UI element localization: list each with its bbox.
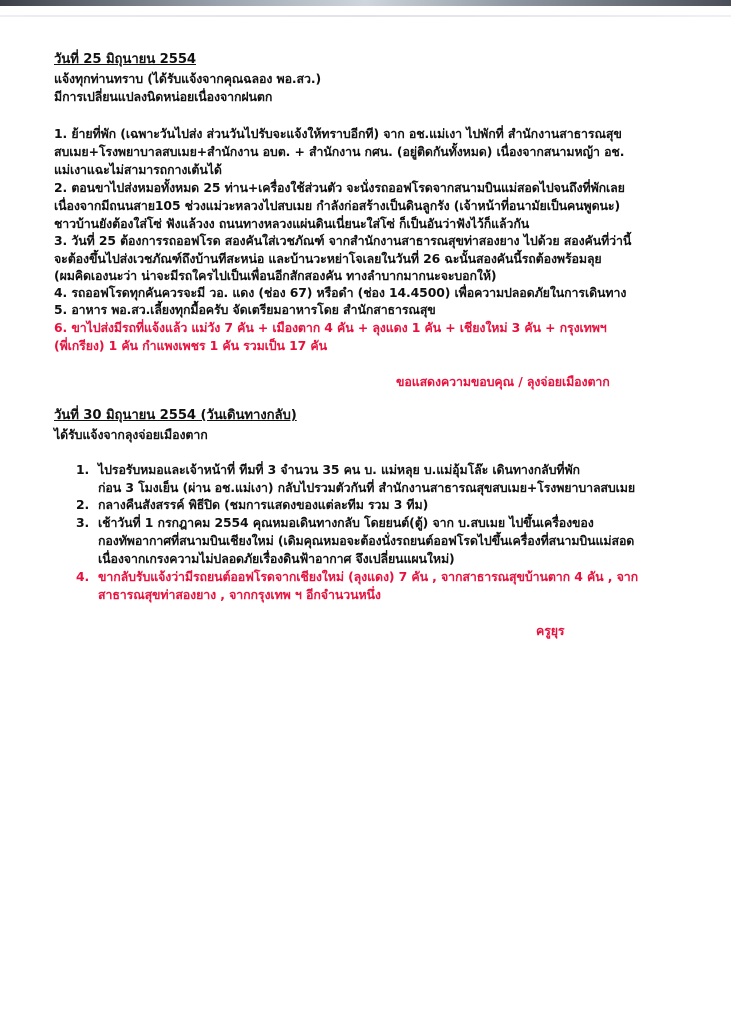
section2-item-4-line-2: สาธารณสุขท่าสองยาง , จากกรุงเทพ ฯ อีกจำน… [98,587,381,603]
section2-item-3-line-1: 3.เช้าวันที่ 1 กรกฎาคม 2554 คุณหมอเดินทา… [76,515,594,531]
section1-item-5: 5. อาหาร พอ.สว.เลี้ยงทุกมื้อครับ จัดเตรี… [54,302,436,318]
section1-item-3-line-3: (ผมคิดเองนะว่า น่าจะมีรถใครไปเป็นเพื่อนอ… [54,268,497,284]
section1-intro-1: แจ้งทุกท่านทราบ (ได้รับแจ้งจากคุณฉลอง พอ… [54,71,321,87]
item-text: กลางคืนสังสรรค์ พิธีปิด (ชมการแสดงของแต่… [98,497,428,512]
item-text: เช้าวันที่ 1 กรกฎาคม 2554 คุณหมอเดินทางก… [98,515,594,530]
item-text: ขากลับรับแจ้งว่ามีรถยนต์ออฟโรดจากเชียงให… [98,569,638,584]
section2-intro: ได้รับแจ้งจากลุงจ่อยเมืองตาก [54,427,208,443]
section1-item-6-line-1: 6. ขาไปส่งมีรถที่แจ้งแล้ว แม่วัง 7 คัน +… [54,320,607,336]
section2-signature: ครูยุร [536,623,564,639]
section2-item-1-line-2: ก่อน 3 โมงเย็น (ผ่าน อช.แม่เงา) กลับไปรว… [98,480,635,496]
section1-item-2-line-3: ชาวบ้านยังต้องใส่โซ่ ฟังแล้วงง ถนนทางหลว… [54,216,529,232]
section1-item-1-line-3: แม่เงาแฉะไม่สามารถกางเต้นได้ [54,162,222,178]
document-page: วันที่ 25 มิถุนายน 2554 แจ้งทุกท่านทราบ … [0,0,731,1024]
section1-signature: ขอแสดงความขอบคุณ / ลุงจ่อยเมืองตาก [396,374,610,390]
section2-heading: วันที่ 30 มิถุนายน 2554 (วันเดินทางกลับ) [54,408,297,424]
section1-item-2-line-2: เนื่องจากมีถนนสาย105 ช่วงแม่วะหลวงไปสบเม… [54,198,620,214]
section1-item-6-line-2: (พี่เกรียง) 1 คัน กำแพงเพชร 1 คัน รวมเป็… [54,338,327,354]
section1-heading: วันที่ 25 มิถุนายน 2554 [54,52,196,68]
item-number: 1. [76,462,98,478]
section1-item-1-line-2: สบเมย+โรงพยาบาลสบเมย+สำนักงาน อบต. + สำน… [54,144,624,160]
item-number: 2. [76,497,98,513]
item-number: 4. [76,569,98,585]
section1-intro-2: มีการเปลี่ยนแปลงนิดหน่อยเนื่องจากฝนตก [54,89,272,105]
section2-item-1-line-1: 1.ไปรอรับหมอและเจ้าหน้าที่ ทีมที่ 3 จำนว… [76,462,580,478]
section1-item-2-line-1: 2. ตอนขาไปส่งหมอทั้งหมด 25 ท่าน+เครื่องใ… [54,180,625,196]
section2-item-3-line-3: เนื่องจากเกรงความไม่ปลอดภัยเรื่องดินฟ้าอ… [98,551,455,567]
section1-item-3-line-2: จะต้องขึ้นไปส่งเวชภัณฑ์ถึงบ้านทีสะหน่อ แ… [54,251,602,267]
section2-item-4-line-1: 4.ขากลับรับแจ้งว่ามีรถยนต์ออฟโรดจากเชียง… [76,569,638,585]
section1-item-4: 4. รถออฟโรดทุกคันควรจะมี วอ. แดง (ช่อง 6… [54,285,626,301]
item-text: ไปรอรับหมอและเจ้าหน้าที่ ทีมที่ 3 จำนวน … [98,462,580,477]
section1-item-3-line-1: 3. วันที่ 25 ต้องการรถออฟโรด สองคันใส่เว… [54,233,631,249]
section1-item-1-line-1: 1. ย้ายที่พัก (เฉพาะวันไปส่ง ส่วนวันไปรั… [54,126,622,142]
item-number: 3. [76,515,98,531]
section2-item-2: 2.กลางคืนสังสรรค์ พิธีปิด (ชมการแสดงของแ… [76,497,428,513]
section2-item-3-line-2: กองทัพอากาศที่สนามบินเชียงใหม่ (เดิมคุณห… [98,533,634,549]
